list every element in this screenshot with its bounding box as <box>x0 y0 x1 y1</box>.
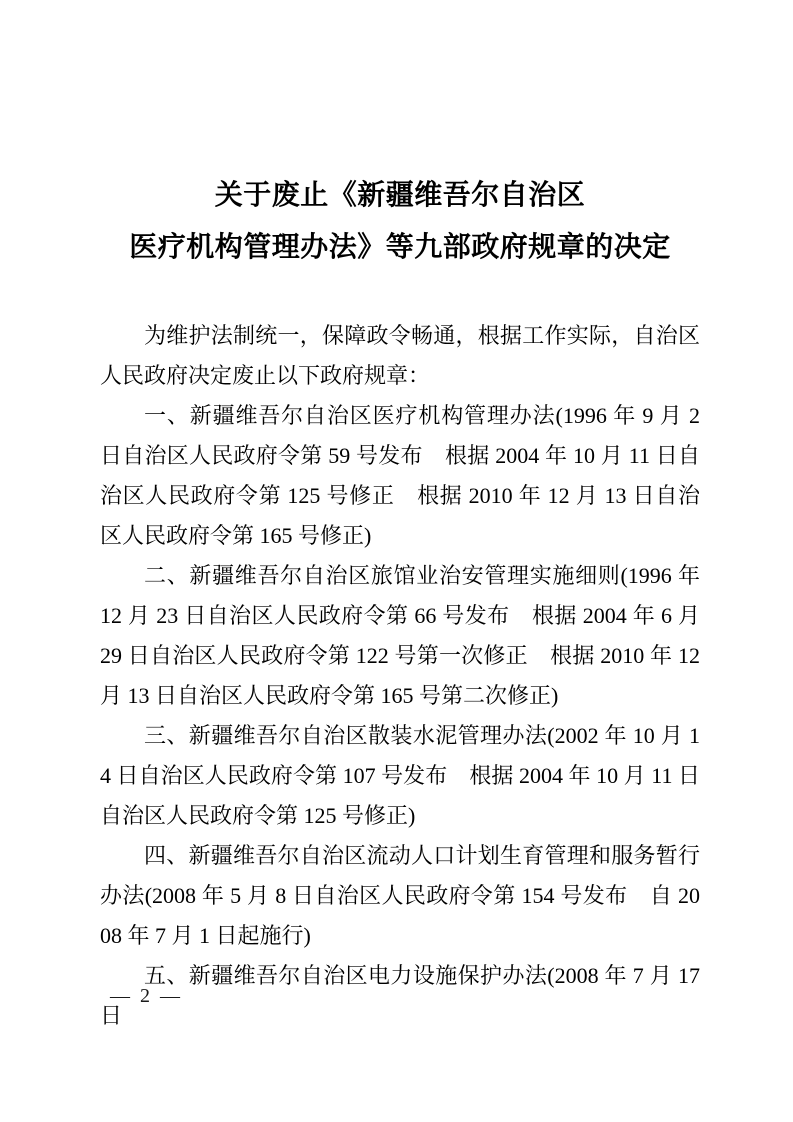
paragraph-item-5: 五、新疆维吾尔自治区电力设施保护办法(2008 年 7 月 17 日 <box>100 956 700 1036</box>
paragraph-intro: 为维护法制统一，保障政令畅通，根据工作实际，自治区人民政府决定废止以下政府规章： <box>100 316 700 396</box>
paragraph-item-2: 二、新疆维吾尔自治区旅馆业治安管理实施细则(1996 年 12 月 23 日自治… <box>100 556 700 716</box>
document-page: 关于废止《新疆维吾尔自治区 医疗机构管理办法》等九部政府规章的决定 为维护法制统… <box>0 0 793 1122</box>
title-line-2: 医疗机构管理办法》等九部政府规章的决定 <box>100 222 700 274</box>
document-title: 关于废止《新疆维吾尔自治区 医疗机构管理办法》等九部政府规章的决定 <box>100 170 700 274</box>
document-body: 为维护法制统一，保障政令畅通，根据工作实际，自治区人民政府决定废止以下政府规章：… <box>100 316 700 1036</box>
paragraph-item-1: 一、新疆维吾尔自治区医疗机构管理办法(1996 年 9 月 2 日自治区人民政府… <box>100 396 700 556</box>
title-line-1: 关于废止《新疆维吾尔自治区 <box>100 170 700 222</box>
paragraph-item-4: 四、新疆维吾尔自治区流动人口计划生育管理和服务暂行办法(2008 年 5 月 8… <box>100 836 700 956</box>
paragraph-item-3: 三、新疆维吾尔自治区散装水泥管理办法(2002 年 10 月 14 日自治区人民… <box>100 716 700 836</box>
document-content: 关于废止《新疆维吾尔自治区 医疗机构管理办法》等九部政府规章的决定 为维护法制统… <box>100 170 700 1036</box>
page-number: — 2 — <box>110 984 180 1008</box>
